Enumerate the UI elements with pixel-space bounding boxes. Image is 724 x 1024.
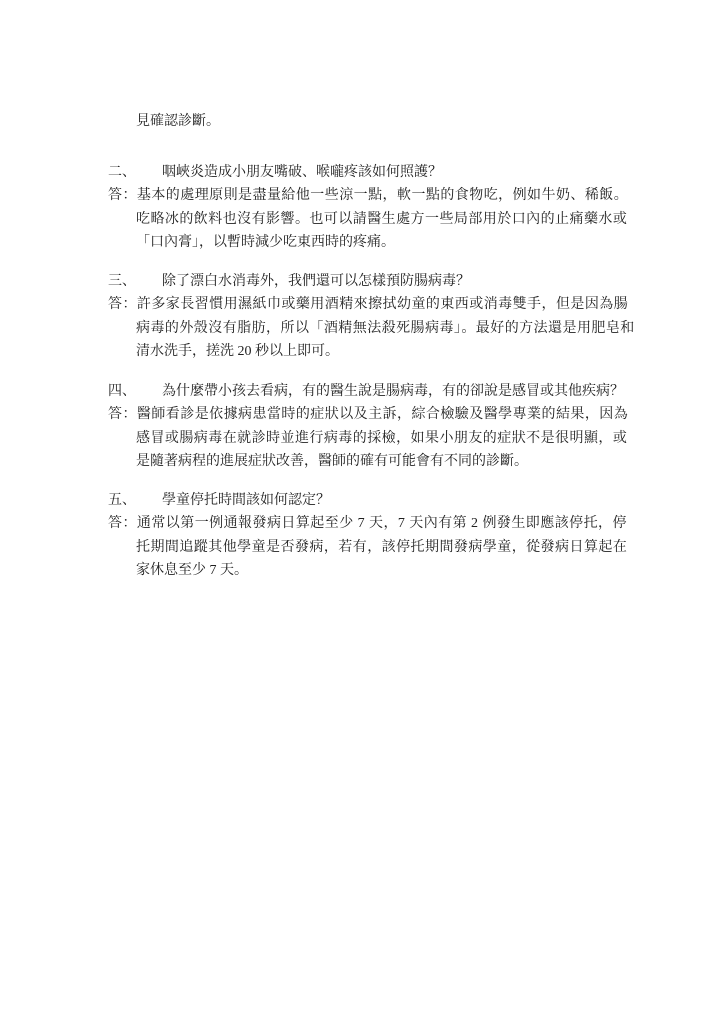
answer-line: 是隨著病程的進展症狀改善，醫師的確有可能會有不同的診斷。 [108,450,631,473]
answer-line: 「口內膏」，以暫時減少吃東西時的疼痛。 [108,231,631,254]
answer-text: 基本的處理原則是盡量給他一些涼一點，軟一點的食物吃，例如牛奶、稀飯。 [137,188,628,203]
question-text: 為什麼帶小孩去看病，有的醫生說是腸病毒，有的卻說是感冒或其他疾病？ [162,384,624,399]
question-line: 三、除了漂白水消毒外，我們還可以怎樣預防腸病毒？ [108,270,631,293]
qa-section-5: 五、學童停托時間該如何認定？ 答：通常以第一例通報發病日算起至少 7 天，7 天… [108,489,631,583]
qa-section-2: 二、咽峽炎造成小朋友嘴破、喉嚨疼該如何照護？ 答：基本的處理原則是盡量給他一些涼… [108,161,631,255]
qa-section-4: 四、為什麼帶小孩去看病，有的醫生說是腸病毒，有的卻說是感冒或其他疾病？ 答：醫師… [108,380,631,474]
answer-line: 清水洗手，搓洗 20 秒以上即可。 [108,340,631,363]
answer-line: 答：通常以第一例通報發病日算起至少 7 天，7 天內有第 2 例發生即應該停托，… [108,512,631,535]
answer-line: 家休息至少 7 天。 [108,559,631,582]
answer-text: 醫師看診是依據病患當時的症狀以及主訴，綜合檢驗及醫學專業的結果，因為 [137,407,628,422]
document-page: 見確認診斷。 二、咽峽炎造成小朋友嘴破、喉嚨疼該如何照護？ 答：基本的處理原則是… [0,0,724,1024]
answer-line: 答：醫師看診是依據病患當時的症狀以及主訴，綜合檢驗及醫學專業的結果，因為 [108,403,631,426]
question-number: 二、 [108,161,162,184]
question-line: 二、咽峽炎造成小朋友嘴破、喉嚨疼該如何照護？ [108,161,631,184]
question-text: 除了漂白水消毒外，我們還可以怎樣預防腸病毒？ [162,274,470,289]
answer-label: 答： [108,297,137,312]
answer-text: 許多家長習慣用濕紙巾或藥用酒精來擦拭幼童的東西或消毒雙手，但是因為腸 [137,297,628,312]
question-number: 五、 [108,489,162,512]
answer-label: 答： [108,516,137,531]
answer-line: 答：許多家長習慣用濕紙巾或藥用酒精來擦拭幼童的東西或消毒雙手，但是因為腸 [108,293,631,316]
question-text: 咽峽炎造成小朋友嘴破、喉嚨疼該如何照護？ [162,165,442,180]
question-text: 學童停托時間該如何認定？ [162,493,330,508]
answer-line: 病毒的外殼沒有脂肪，所以「酒精無法殺死腸病毒」。最好的方法還是用肥皂和 [108,317,631,340]
question-line: 五、學童停托時間該如何認定？ [108,489,631,512]
answer-line: 感冒或腸病毒在就診時並進行病毒的採檢，如果小朋友的症狀不是很明顯，或 [108,427,631,450]
answer-text: 通常以第一例通報發病日算起至少 7 天，7 天內有第 2 例發生即應該停托，停 [137,516,627,531]
qa-section-3: 三、除了漂白水消毒外，我們還可以怎樣預防腸病毒？ 答：許多家長習慣用濕紙巾或藥用… [108,270,631,364]
question-line: 四、為什麼帶小孩去看病，有的醫生說是腸病毒，有的卻說是感冒或其他疾病？ [108,380,631,403]
intro-continuation-line: 見確認診斷。 [136,110,220,133]
answer-line: 吃略冰的飲料也沒有影響。也可以請醫生處方一些局部用於口內的止痛藥水或 [108,208,631,231]
answer-line: 托期間追蹤其他學童是否發病，若有，該停托期間發病學童，從發病日算起在 [108,536,631,559]
answer-line: 答：基本的處理原則是盡量給他一些涼一點，軟一點的食物吃，例如牛奶、稀飯。 [108,184,631,207]
question-number: 三、 [108,270,162,293]
question-number: 四、 [108,380,162,403]
answer-label: 答： [108,407,137,422]
answer-label: 答： [108,188,137,203]
